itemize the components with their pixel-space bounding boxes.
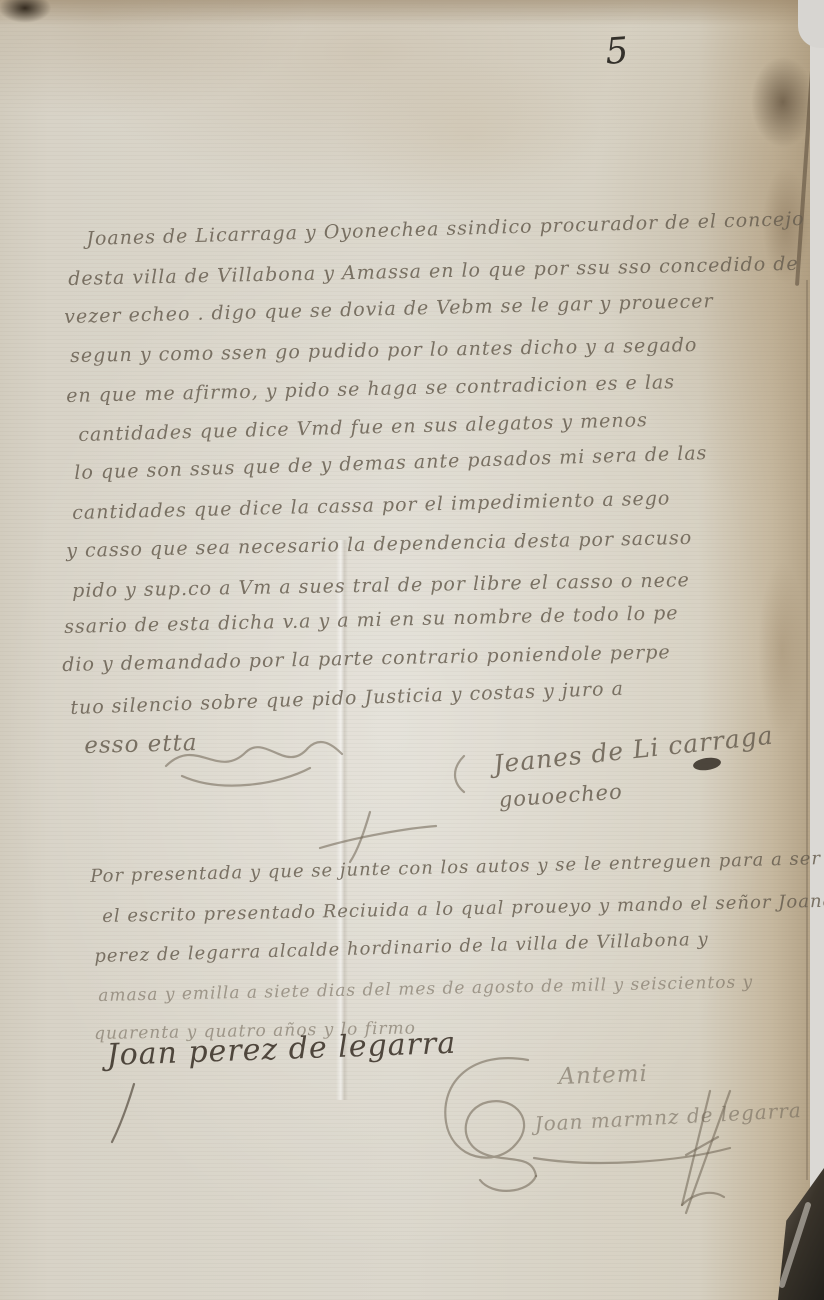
- notary-paraph-flourish: [652, 1085, 752, 1225]
- top-middle-stain: [300, 36, 640, 236]
- scan-backdrop-strip: [810, 0, 824, 1300]
- manuscript-scan: 5 Joanes de Licarraga y Oyonechea ssindi…: [0, 0, 824, 1300]
- top-edge-shading: [0, 0, 812, 26]
- folio-number: 5: [604, 30, 631, 73]
- closing-rubric-flourish: [158, 722, 348, 792]
- signature-opening-stroke: [448, 752, 470, 796]
- ante-mi-label: Antemi: [558, 1061, 648, 1090]
- page-edge-line: [806, 280, 808, 1180]
- signature-descender-stroke: [104, 1078, 144, 1148]
